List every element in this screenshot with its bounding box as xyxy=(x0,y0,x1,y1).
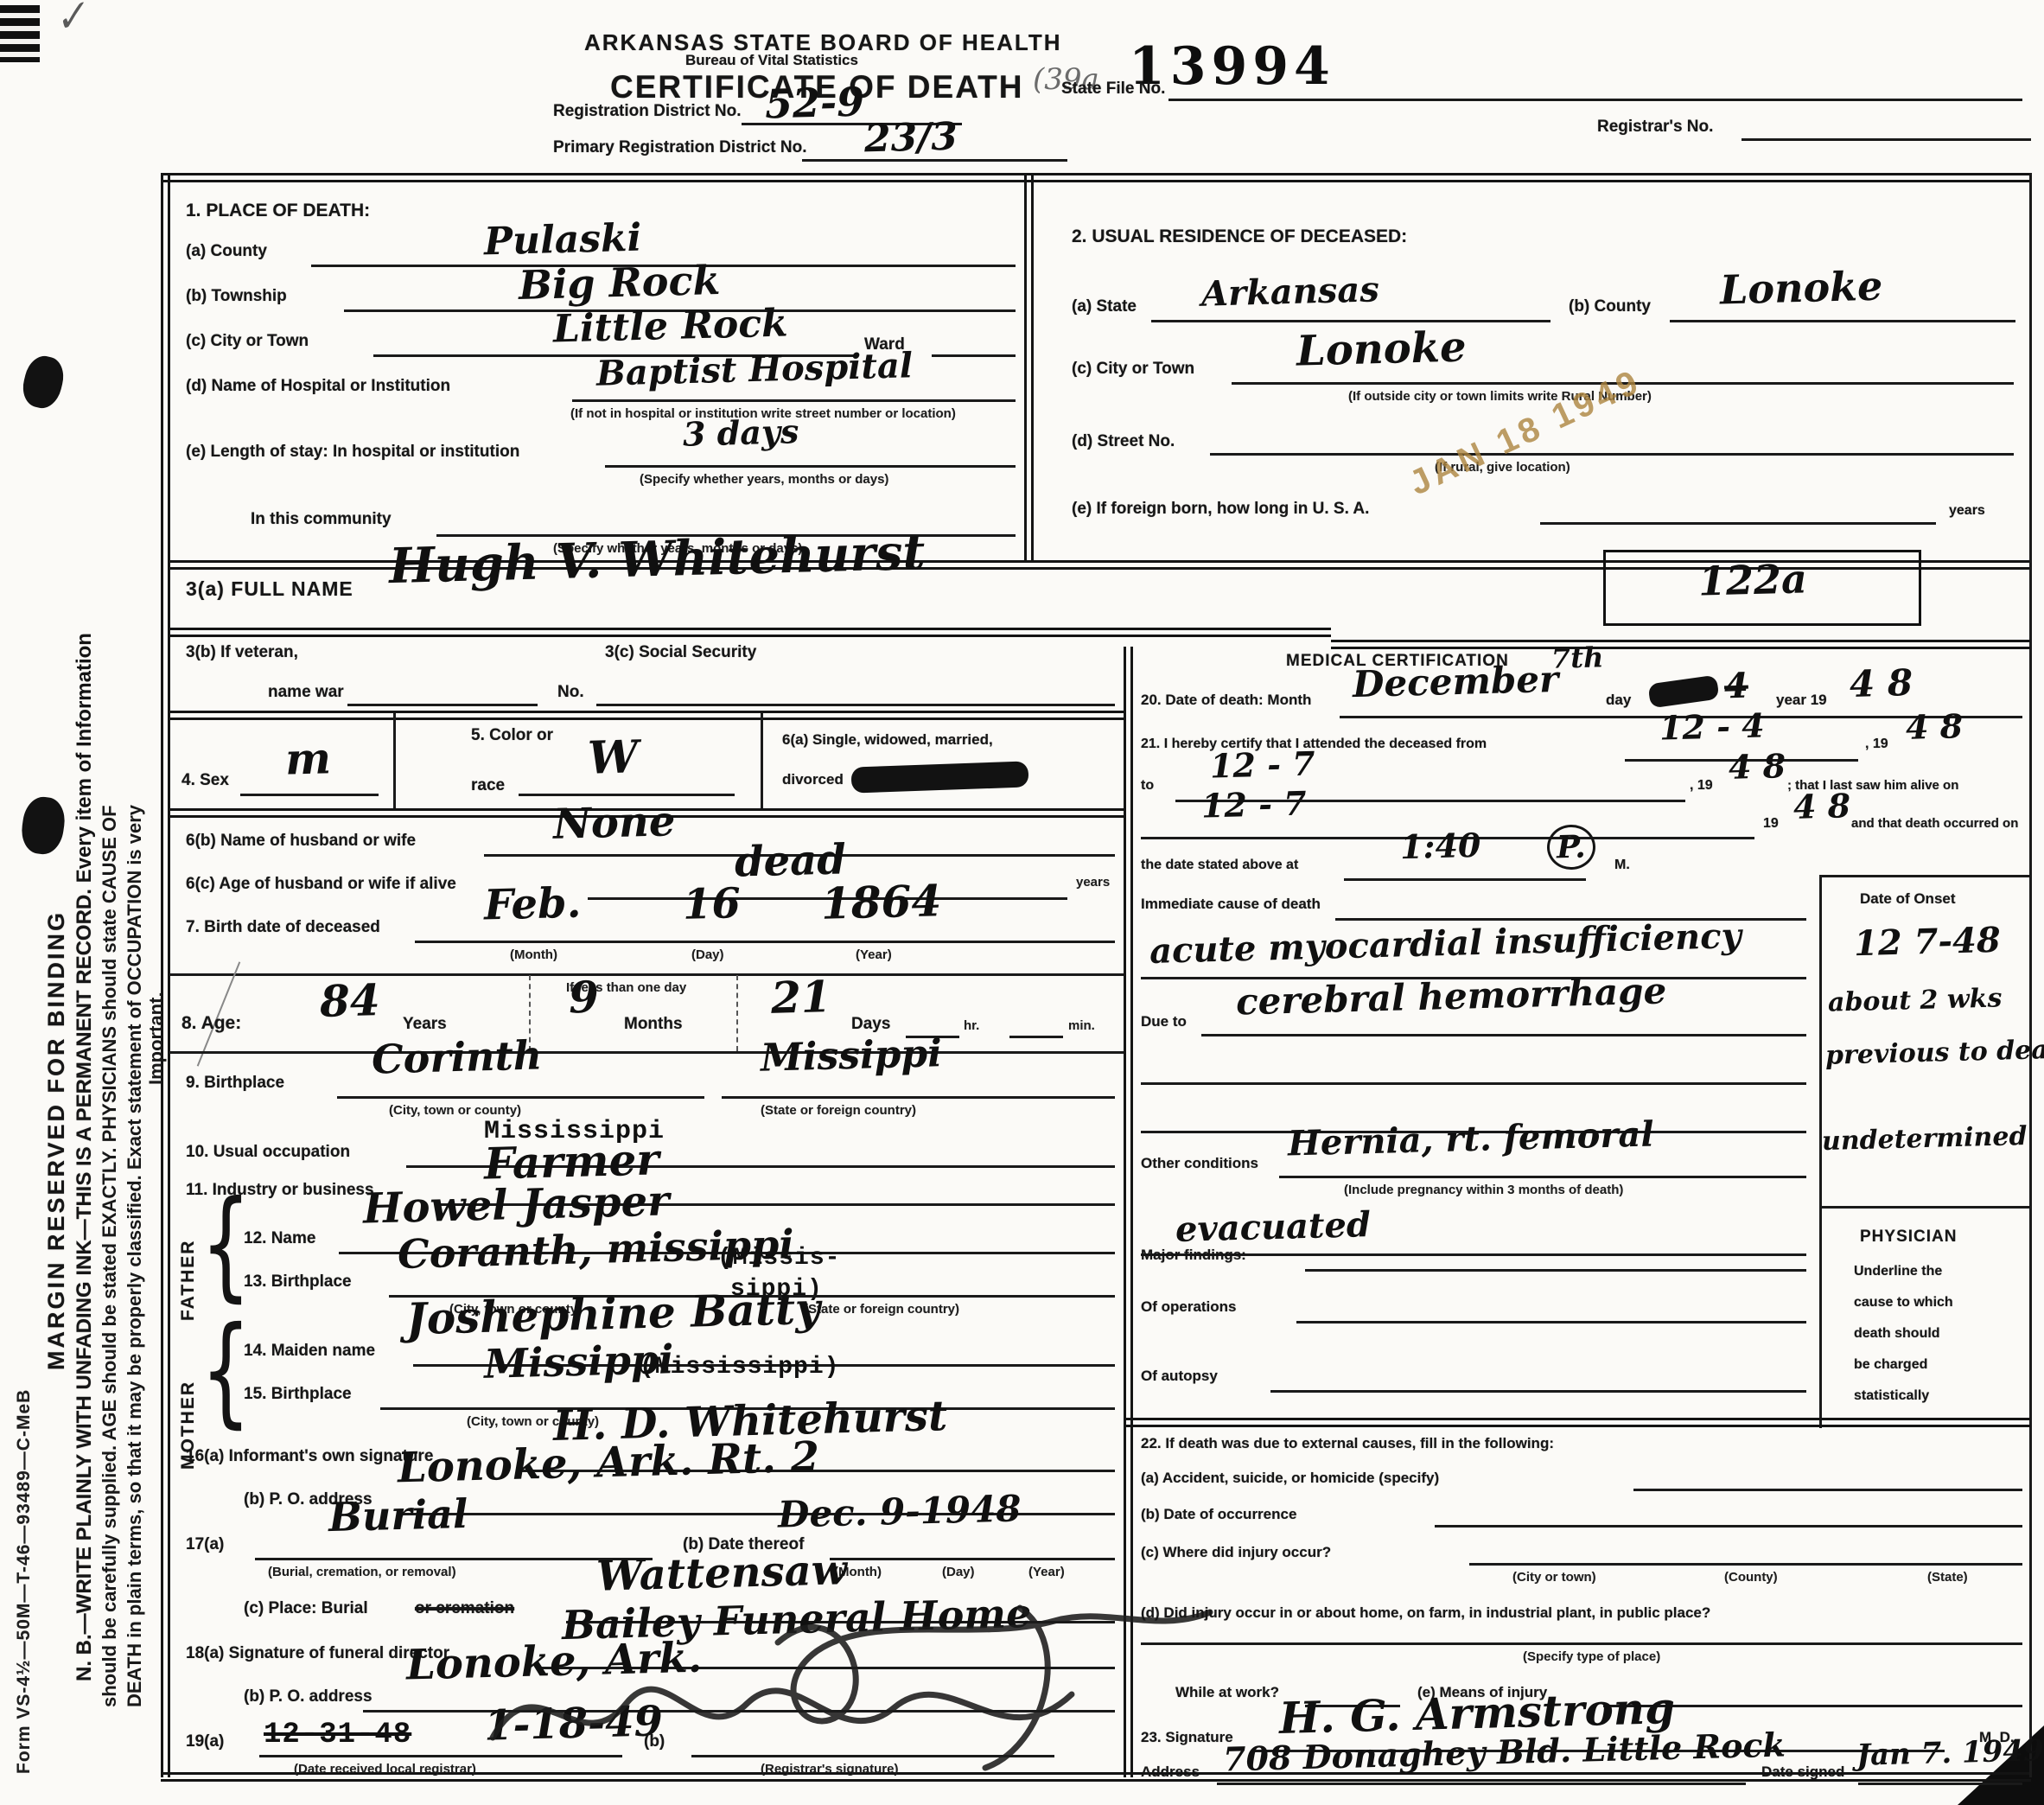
death-day-value: 4 xyxy=(1723,666,1748,707)
birth-year-value: 1864 xyxy=(820,875,942,929)
marital-label-2: divorced xyxy=(782,771,844,788)
sex-label: 4. Sex xyxy=(181,771,229,790)
of-autopsy-label: Of autopsy xyxy=(1141,1368,1218,1385)
birth-month-value: Feb. xyxy=(483,879,582,930)
age-hr-label: hr. xyxy=(964,1018,979,1033)
burial-cap: (Burial, cremation, or removal) xyxy=(268,1565,456,1579)
mother-birthplace-label: 15. Birthplace xyxy=(244,1385,352,1404)
to-year-pre: , 19 xyxy=(1690,778,1713,794)
hospital-value: Baptist Hospital xyxy=(595,345,913,394)
onset-side-note-2: previous to death xyxy=(1825,1034,2044,1071)
rule xyxy=(415,941,1115,943)
ink-blob xyxy=(18,353,67,412)
burial-value: Burial xyxy=(328,1490,468,1540)
physician-address-label: Address xyxy=(1141,1764,1200,1781)
margin-line2: should be carefully supplied. AGE should… xyxy=(99,805,121,1707)
external-c-cap-city: (City or town) xyxy=(1512,1570,1596,1585)
film-registration-mark xyxy=(0,5,40,62)
to-year-value: 4 8 xyxy=(1728,746,1786,787)
physician-note-title: PHYSICIAN xyxy=(1860,1228,1957,1247)
rule xyxy=(830,1558,1115,1560)
spouse-name-label: 6(b) Name of husband or wife xyxy=(186,832,416,851)
burial-day-cap: (Day) xyxy=(942,1565,975,1579)
rule xyxy=(1270,1390,1806,1393)
date-signed-value: Jan 7. 1949 xyxy=(1856,1733,2044,1773)
rule xyxy=(1344,878,1586,881)
rule xyxy=(1151,320,1551,322)
rule xyxy=(1305,1269,1806,1272)
birthplace-state-value: Missippi xyxy=(760,1031,942,1080)
rule xyxy=(1670,320,2015,322)
father-birthplace-label: 13. Birthplace xyxy=(244,1272,352,1292)
bureau-subtitle: Bureau of Vital Statistics xyxy=(685,52,858,69)
onset-side-note-3: undetermined xyxy=(1822,1121,2028,1157)
color-race-label-2: race xyxy=(471,776,505,795)
birth-date-label: 7. Birth date of deceased xyxy=(186,918,380,937)
rule xyxy=(337,1096,704,1099)
age-months-value: 9 xyxy=(568,972,599,1024)
rule xyxy=(1210,453,2014,456)
box-divider xyxy=(761,713,763,808)
death-year-label: year 19 xyxy=(1776,692,1827,709)
primary-district-value: 23/3 xyxy=(863,115,958,162)
other-conditions-label: Other conditions xyxy=(1141,1155,1258,1172)
rule xyxy=(1742,138,2031,141)
physician-signature-label: 23. Signature xyxy=(1141,1729,1233,1746)
rule xyxy=(1124,1418,2031,1427)
margin-line3: DEATH in plain terms, so that it may be … xyxy=(124,805,146,1707)
age-days-value: 21 xyxy=(770,971,831,1024)
father-birthplace-cap-2: (State or foreign country) xyxy=(804,1302,959,1317)
date-of-death-label: 20. Date of death: Month xyxy=(1141,692,1311,709)
ssn-label: 3(c) Social Security xyxy=(605,643,756,662)
death-day-sup-value: 7th xyxy=(1551,641,1604,675)
external-c-cap-state: (State) xyxy=(1927,1570,1968,1585)
father-side-label: FATHER xyxy=(178,1240,199,1321)
box-divider xyxy=(393,713,396,808)
rule xyxy=(605,465,1016,468)
rule xyxy=(169,973,1124,976)
onset-side-note-1: about 2 wks xyxy=(1828,983,2003,1017)
county-label: (a) County xyxy=(186,242,267,261)
hospital-label: (d) Name of Hospital or Institution xyxy=(186,377,450,396)
rule xyxy=(802,159,1067,162)
father-birthplace-typed-1: (Missis- xyxy=(717,1245,840,1272)
ink-blob xyxy=(19,794,68,857)
rule xyxy=(932,354,1016,357)
pregnancy-note: (Include pregnancy within 3 months of de… xyxy=(1344,1183,1623,1197)
alive-date-value: 12 - 7 xyxy=(1200,783,1307,825)
from-year-value: 4 8 xyxy=(1905,706,1963,747)
margin-nb-bold: N. B.—WRITE PLAINLY WITH UNFADING INK—TH… xyxy=(73,889,96,1681)
stay-value: 3 days xyxy=(682,411,799,454)
mother-name-label: 14. Maiden name xyxy=(244,1342,375,1361)
registrar-struck-date: 12-31-48 xyxy=(264,1719,411,1751)
residence-city-value: Lonoke xyxy=(1296,322,1467,375)
residence-county-label: (b) County xyxy=(1569,297,1651,316)
rule xyxy=(1279,1176,1806,1178)
residence-heading: 2. USUAL RESIDENCE OF DECEASED: xyxy=(1072,226,1407,247)
county-value: Pulaski xyxy=(483,216,642,265)
marital-obliterated-entry xyxy=(851,761,1029,793)
age-days-label: Days xyxy=(851,1015,890,1034)
state-file-label: State File No. xyxy=(1061,80,1165,99)
form-border-top xyxy=(161,173,2031,182)
name-war-label: name war xyxy=(268,683,344,702)
rule xyxy=(1819,875,2031,877)
death-time-value: 1:40 xyxy=(1399,826,1481,866)
rule xyxy=(1009,1036,1063,1038)
birth-month-cap: (Month) xyxy=(510,947,557,962)
burial-year-cap: (Year) xyxy=(1028,1565,1065,1579)
birth-day-value: 16 xyxy=(682,879,741,929)
birthplace-city-value: Corinth xyxy=(371,1031,542,1082)
external-a-label: (a) Accident, suicide, or homicide (spec… xyxy=(1141,1470,1439,1487)
external-d-cap: (Specify type of place) xyxy=(1523,1649,1660,1664)
margin-nb-rest: Every item of Information xyxy=(73,633,96,889)
while-at-work-label: While at work? xyxy=(1175,1684,1279,1701)
birthplace-label: 9. Birthplace xyxy=(186,1074,284,1093)
registration-district-label: Registration District No. xyxy=(553,102,741,121)
death-time-period: P. xyxy=(1546,824,1595,870)
rule xyxy=(1633,1489,2022,1491)
date-signed-label: Date signed xyxy=(1761,1764,1844,1781)
alive-year-pre: 19 xyxy=(1763,816,1779,832)
community-label: In this community xyxy=(251,510,392,529)
form-border-right xyxy=(2029,173,2032,1777)
age-label: 8. Age: xyxy=(181,1013,241,1034)
rule xyxy=(1469,1563,2022,1566)
color-race-value: W xyxy=(587,730,639,785)
other-conditions-value: Hernia, rt. femoral xyxy=(1287,1113,1654,1164)
rule xyxy=(722,1096,1115,1099)
full-name-label: 3(a) FULL NAME xyxy=(186,577,353,601)
external-d-label: (d) Did injury occur in or about home, o… xyxy=(1141,1604,1710,1622)
pencil-checkmark: ✓ xyxy=(49,0,92,42)
rule xyxy=(572,399,1016,402)
rule xyxy=(1540,522,1936,525)
rule xyxy=(1858,1783,2022,1785)
rule xyxy=(169,711,1124,720)
file-number-value: 122a xyxy=(1697,555,1807,604)
informant-address-value: Lonoke, Ark. Rt. 2 xyxy=(397,1433,819,1493)
mother-name-value: Joshephine Batty xyxy=(405,1283,820,1345)
city-label: (c) City or Town xyxy=(186,332,309,351)
external-c-cap-county: (County) xyxy=(1724,1570,1778,1585)
rule xyxy=(1141,1642,2022,1645)
rule xyxy=(519,794,735,796)
residence-state-value: Arkansas xyxy=(1200,269,1379,314)
physician-note-line: cause to which xyxy=(1854,1295,1953,1311)
major-findings-label: Major findings: xyxy=(1141,1247,1246,1264)
street-label: (d) Street No. xyxy=(1072,432,1175,451)
other-conditions-value-2: evacuated xyxy=(1175,1204,1371,1250)
funeral-address-label: (b) P. O. address xyxy=(244,1687,373,1706)
of-operations-label: Of operations xyxy=(1141,1298,1237,1316)
box-divider xyxy=(736,975,738,1051)
physician-note-line: statistically xyxy=(1854,1388,1929,1404)
mother-brace: { xyxy=(201,1301,252,1440)
physician-note-line: be charged xyxy=(1854,1357,1927,1373)
birthplace-cap-1: (City, town or county) xyxy=(389,1103,521,1118)
attended-to-value: 12 - 7 xyxy=(1209,743,1315,785)
date-stated-label: the date stated above at xyxy=(1141,858,1298,873)
margin-nb-note: N. B.—WRITE PLAINLY WITH UNFADING INK—TH… xyxy=(73,633,97,1681)
rule xyxy=(1201,1034,1806,1036)
rule xyxy=(1217,1783,1746,1785)
due-to-label: Due to xyxy=(1141,1013,1187,1030)
color-race-label-1: 5. Color or xyxy=(471,726,553,745)
rule xyxy=(1296,1321,1806,1323)
from-year-pre: , 19 xyxy=(1865,737,1888,752)
external-c-label: (c) Where did injury occur? xyxy=(1141,1544,1331,1561)
immediate-cause-value: acute myocardial insufficiency xyxy=(1149,915,1742,972)
age-months-label: Months xyxy=(624,1015,683,1034)
registrar-date-cap: (Date received local registrar) xyxy=(294,1762,476,1776)
rule xyxy=(596,704,1115,706)
veteran-label: 3(b) If veteran, xyxy=(186,643,298,662)
burial-label: 17(a) xyxy=(186,1535,224,1554)
date-of-onset-label: Date of Onset xyxy=(1860,890,1956,908)
spouse-age-label: 6(c) Age of husband or wife if alive xyxy=(186,875,456,894)
margin-binding-note: MARGIN RESERVED FOR BINDING xyxy=(43,910,70,1370)
rule xyxy=(347,704,538,706)
death-certificate-document: ✓ Form VS-4½—50M—T-46—93489—C-MeB MARGIN… xyxy=(0,0,2044,1805)
death-month-value: December xyxy=(1352,658,1558,705)
foreign-years-label: years xyxy=(1949,503,1985,519)
physician-note-line: Underline the xyxy=(1854,1264,1942,1279)
external-causes-heading: 22. If death was due to external causes,… xyxy=(1141,1435,1554,1452)
mother-birthplace-typed: (Mississippi) xyxy=(640,1354,839,1381)
death-day-blot xyxy=(1647,675,1719,709)
immediate-cause-label: Immediate cause of death xyxy=(1141,896,1321,913)
date-of-onset-value: 12 7-48 xyxy=(1853,920,2001,964)
alive-year-value: 4 8 xyxy=(1792,786,1850,826)
stay-label: (e) Length of stay: In hospital or insti… xyxy=(186,443,519,462)
city-value: Little Rock xyxy=(552,301,788,351)
place-of-death-heading: 1. PLACE OF DEATH: xyxy=(186,201,370,221)
to-label: to xyxy=(1141,778,1154,794)
marital-label-1: 6(a) Single, widowed, married, xyxy=(782,731,993,749)
residence-state-label: (a) State xyxy=(1072,297,1137,316)
death-occurred-label: and that death occurred on xyxy=(1851,816,2018,831)
registrar-date-label: 19(a) xyxy=(186,1732,224,1751)
burial-place-label: (c) Place: Burial xyxy=(244,1599,368,1618)
rule xyxy=(240,794,379,796)
burial-date-value: Dec. 9-1948 xyxy=(777,1487,1022,1535)
spouse-name-value: None xyxy=(552,797,676,849)
informant-signature-label: 16(a) Informant's own signature xyxy=(186,1447,433,1466)
rule xyxy=(1331,640,2031,649)
sex-value: m xyxy=(284,732,331,784)
township-value: Big Rock xyxy=(518,257,721,309)
primary-district-label: Primary Registration District No. xyxy=(553,138,807,157)
birthplace-cap-2: (State or foreign country) xyxy=(761,1103,916,1118)
attended-from-value: 12 - 4 xyxy=(1659,705,1765,747)
residence-city-label: (c) City or Town xyxy=(1072,360,1194,379)
rule xyxy=(1819,1206,2031,1209)
physician-note-line: death should xyxy=(1854,1326,1940,1342)
birth-day-cap: (Day) xyxy=(691,947,724,962)
registrars-no-label: Registrar's No. xyxy=(1597,118,1713,137)
rule xyxy=(169,628,1331,637)
death-day-label: day xyxy=(1606,692,1631,709)
death-year-value: 4 8 xyxy=(1849,661,1913,705)
residence-county-value: Lonoke xyxy=(1719,263,1883,314)
spouse-age-years-label: years xyxy=(1076,875,1110,890)
stay-note: (Specify whether years, months or days) xyxy=(640,472,888,487)
age-years-value: 84 xyxy=(319,974,380,1027)
age-years-label: Years xyxy=(403,1015,447,1034)
rule xyxy=(1141,1082,1806,1085)
foreign-born-label: (e) If foreign born, how long in U. S. A… xyxy=(1072,500,1369,519)
registration-district-value: 52-9 xyxy=(764,79,864,128)
ssn-no-label: No. xyxy=(557,683,584,702)
external-b-label: (b) Date of occurrence xyxy=(1141,1506,1296,1523)
column-divider-top xyxy=(1024,173,1034,560)
rule xyxy=(255,1558,653,1560)
death-time-m-label: M. xyxy=(1614,858,1630,873)
age-min-label: min. xyxy=(1068,1018,1095,1033)
township-label: (b) Township xyxy=(186,287,287,306)
father-name-label: 12. Name xyxy=(244,1229,315,1248)
rule xyxy=(1168,99,2022,101)
rule xyxy=(169,1051,1124,1054)
occupation-label: 10. Usual occupation xyxy=(186,1143,350,1162)
birth-year-cap: (Year) xyxy=(856,947,892,962)
rule xyxy=(1435,1525,2022,1528)
margin-form-number: Form VS-4½—50M—T-46—93489—C-MeB xyxy=(14,1389,35,1774)
